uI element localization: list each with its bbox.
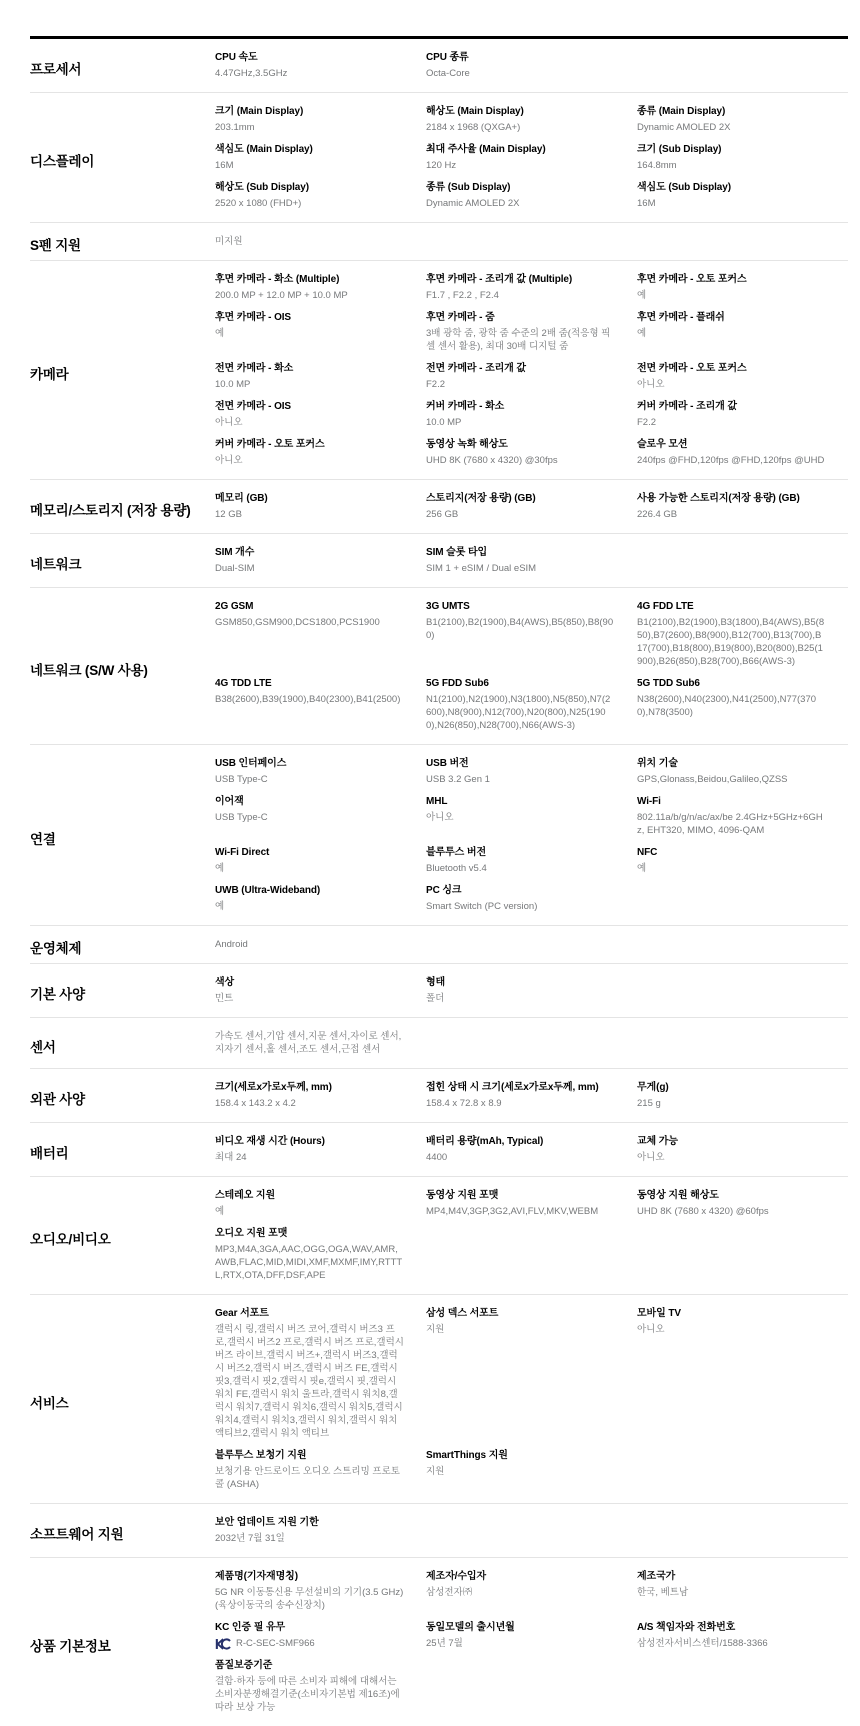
spec-row: 전면 카메라 - 화소10.0 MP전면 카메라 - 조리개 값F2.2전면 카…: [215, 362, 848, 400]
spec-label: 모바일 TV: [637, 1307, 826, 1320]
spec-value: 10.0 MP: [426, 416, 615, 429]
category-label: 카메라: [30, 365, 215, 385]
spec-row: 색심도 (Main Display)16M최대 주사율 (Main Displa…: [215, 143, 848, 181]
category-label: 서비스: [30, 1394, 215, 1414]
spec-label: 종류 (Sub Display): [426, 181, 615, 194]
spec-section-16: 상품 기본정보제품명(기자재명칭)5G NR 이동통신용 무선설비의 기기(3.…: [30, 1557, 848, 1726]
spec-label: 4G TDD LTE: [215, 677, 404, 690]
spec-section-6: 네트워크 (S/W 사용)2G GSMGSM850,GSM900,DCS1800…: [30, 587, 848, 744]
spec-row: UWB (Ultra-Wideband)예PC 싱크Smart Switch (…: [215, 884, 848, 922]
spec-value: 3배 광학 줌, 광학 줌 수준의 2배 줌(적응형 픽셀 센서 활용), 최대…: [426, 327, 615, 353]
spec-value: 지원: [426, 1323, 615, 1336]
spec-label: 크기 (Main Display): [215, 105, 404, 118]
spec-item: 스토리지(저장 용량) (GB)256 GB: [426, 492, 637, 521]
spec-label: 3G UMTS: [426, 600, 615, 613]
spec-item: 가속도 센서,기압 센서,지문 센서,자이로 센서,지자기 센서,홀 센서,조도…: [215, 1030, 426, 1056]
spec-label: 스토리지(저장 용량) (GB): [426, 492, 615, 505]
spec-value: 10.0 MP: [215, 378, 404, 391]
spec-value: 아니오: [215, 416, 404, 429]
spec-rows: CPU 속도4.47GHz,3.5GHzCPU 종류Octa-Core: [215, 51, 848, 89]
spec-label: 제조국가: [637, 1570, 826, 1583]
spec-value: 미지원: [215, 235, 404, 248]
spec-value: 예: [215, 900, 404, 913]
spec-value: UHD 8K (7680 x 4320) @30fps: [426, 454, 615, 467]
spec-label: Wi-Fi: [637, 795, 826, 808]
spec-item: UWB (Ultra-Wideband)예: [215, 884, 426, 913]
spec-rows: 크기(세로x가로x두께, mm)158.4 x 143.2 x 4.2접힌 상태…: [215, 1081, 848, 1119]
spec-value: MP4,M4V,3GP,3G2,AVI,FLV,MKV,WEBM: [426, 1205, 615, 1218]
spec-item: CPU 속도4.47GHz,3.5GHz: [215, 51, 426, 80]
spec-label: 후면 카메라 - 화소 (Multiple): [215, 273, 404, 286]
spec-value: 예: [215, 1205, 404, 1218]
spec-rows: USB 인터페이스USB Type-CUSB 버전USB 3.2 Gen 1위치…: [215, 757, 848, 922]
spec-row: 품질보증기준결함·하자 등에 따른 소비자 피해에 대해서는 소비자분쟁해결기준…: [215, 1659, 848, 1723]
spec-item: 스테레오 지원예: [215, 1189, 426, 1218]
spec-label: 최대 주사율 (Main Display): [426, 143, 615, 156]
spec-label: 교체 가능: [637, 1135, 826, 1148]
spec-item: 삼성 덱스 서포트지원: [426, 1307, 637, 1440]
spec-item: 종류 (Main Display)Dynamic AMOLED 2X: [637, 105, 848, 134]
spec-label: KC 인증 필 유무: [215, 1621, 404, 1634]
spec-label: 크기 (Sub Display): [637, 143, 826, 156]
spec-value: Dynamic AMOLED 2X: [426, 197, 615, 210]
spec-section-3: 카메라후면 카메라 - 화소 (Multiple)200.0 MP + 12.0…: [30, 260, 848, 479]
spec-label: CPU 종류: [426, 51, 615, 64]
spec-item: 해상도 (Sub Display)2520 x 1080 (FHD+): [215, 181, 426, 210]
spec-label: 제품명(기자재명칭): [215, 1570, 404, 1583]
spec-item: NFC예: [637, 846, 848, 875]
spec-label: 삼성 덱스 서포트: [426, 1307, 615, 1320]
spec-item: 후면 카메라 - 화소 (Multiple)200.0 MP + 12.0 MP…: [215, 273, 426, 302]
category-label: 외관 사양: [30, 1090, 215, 1110]
spec-value: B1(2100),B2(1900),B4(AWS),B5(850),B8(900…: [426, 616, 615, 642]
spec-section-1: 디스플레이크기 (Main Display)203.1mm해상도 (Main D…: [30, 92, 848, 222]
spec-label: 색심도 (Main Display): [215, 143, 404, 156]
spec-item: 전면 카메라 - 화소10.0 MP: [215, 362, 426, 391]
spec-section-15: 소프트웨어 지원보안 업데이트 지원 기한2032년 7월 31일: [30, 1503, 848, 1557]
spec-section-5: 네트워크SIM 개수Dual-SIMSIM 슬롯 타입SIM 1 + eSIM …: [30, 533, 848, 587]
spec-value: Octa-Core: [426, 67, 615, 80]
spec-item: A/S 책임자와 전화번호삼성전자서비스센터/1588-3366: [637, 1621, 848, 1650]
spec-item: 크기 (Main Display)203.1mm: [215, 105, 426, 134]
category-label: 배터리: [30, 1144, 215, 1164]
spec-label: USB 인터페이스: [215, 757, 404, 770]
spec-item: 블루투스 보청기 지원보청기용 안드로이드 오디오 스트리밍 프로토콜 (ASH…: [215, 1449, 426, 1491]
spec-item: 제조자/수입자삼성전자㈜: [426, 1570, 637, 1612]
spec-value: 한국, 베트남: [637, 1586, 826, 1599]
spec-value: GPS,Glonass,Beidou,Galileo,QZSS: [637, 773, 826, 786]
spec-item: 동일모델의 출시년월25년 7월: [426, 1621, 637, 1650]
spec-item: 미지원: [215, 235, 426, 248]
spec-item: 전면 카메라 - OIS아니오: [215, 400, 426, 429]
spec-section-8: 운영체제Android: [30, 925, 848, 963]
spec-label: 오디오 지원 포맷: [215, 1227, 404, 1240]
spec-value: 120 Hz: [426, 159, 615, 172]
spec-label: 블루투스 버전: [426, 846, 615, 859]
spec-value: 5G NR 이동통신용 무선설비의 기기(3.5 GHz)(육상이동국의 송수신…: [215, 1586, 404, 1612]
spec-row: 스테레오 지원예동영상 지원 포맷MP4,M4V,3GP,3G2,AVI,FLV…: [215, 1189, 848, 1227]
spec-value: UHD 8K (7680 x 4320) @60fps: [637, 1205, 826, 1218]
spec-label: 5G FDD Sub6: [426, 677, 615, 690]
spec-rows: 미지원: [215, 235, 848, 257]
spec-table: 프로세서CPU 속도4.47GHz,3.5GHzCPU 종류Octa-Core디…: [30, 36, 848, 1726]
category-label: 디스플레이: [30, 152, 215, 172]
spec-label: SmartThings 지원: [426, 1449, 615, 1462]
spec-label: 4G FDD LTE: [637, 600, 826, 613]
spec-label: 형태: [426, 976, 615, 989]
category-label: 오디오/비디오: [30, 1230, 215, 1250]
spec-value: USB 3.2 Gen 1: [426, 773, 615, 786]
category-label: 운영체제: [30, 939, 215, 959]
spec-label: 종류 (Main Display): [637, 105, 826, 118]
kc-certification-icon: [215, 1638, 231, 1650]
spec-row: 크기(세로x가로x두께, mm)158.4 x 143.2 x 4.2접힌 상태…: [215, 1081, 848, 1119]
spec-item: 위치 기술GPS,Glonass,Beidou,Galileo,QZSS: [637, 757, 848, 786]
spec-label: 후면 카메라 - 오토 포커스: [637, 273, 826, 286]
spec-value: 갤럭시 링,갤럭시 버즈 코어,갤럭시 버즈3 프로,갤럭시 버즈2 프로,갤럭…: [215, 1323, 404, 1440]
spec-item: 4G FDD LTEB1(2100),B2(1900),B3(1800),B4(…: [637, 600, 848, 668]
spec-item: 접힌 상태 시 크기(세로x가로x두께, mm)158.4 x 72.8 x 8…: [426, 1081, 637, 1110]
spec-value: F2.2: [637, 416, 826, 429]
spec-value: 2184 x 1968 (QXGA+): [426, 121, 615, 134]
spec-item: USB 버전USB 3.2 Gen 1: [426, 757, 637, 786]
category-label: 메모리/스토리지 (저장 용량): [30, 501, 215, 521]
spec-row: 해상도 (Sub Display)2520 x 1080 (FHD+)종류 (S…: [215, 181, 848, 219]
spec-label: 2G GSM: [215, 600, 404, 613]
spec-value: F1.7 , F2.2 , F2.4: [426, 289, 615, 302]
spec-item: 품질보증기준결함·하자 등에 따른 소비자 피해에 대해서는 소비자분쟁해결기준…: [215, 1659, 426, 1714]
spec-rows: 색상민트형태폴더: [215, 976, 848, 1014]
spec-label: 전면 카메라 - 오토 포커스: [637, 362, 826, 375]
spec-label: 보안 업데이트 지원 기한: [215, 1516, 404, 1529]
spec-item: 보안 업데이트 지원 기한2032년 7월 31일: [215, 1516, 426, 1545]
spec-item: PC 싱크Smart Switch (PC version): [426, 884, 637, 913]
spec-item: KC 인증 필 유무R-C-SEC-SMF966: [215, 1621, 426, 1650]
spec-row: Android: [215, 938, 848, 960]
spec-value: 예: [637, 862, 826, 875]
spec-value: 삼성전자㈜: [426, 1586, 615, 1599]
spec-value: 아니오: [637, 378, 826, 391]
spec-row: 전면 카메라 - OIS아니오커버 카메라 - 화소10.0 MP커버 카메라 …: [215, 400, 848, 438]
spec-value: 12 GB: [215, 508, 404, 521]
spec-value: USB Type-C: [215, 773, 404, 786]
spec-label: 커버 카메라 - 화소: [426, 400, 615, 413]
spec-label: 블루투스 보청기 지원: [215, 1449, 404, 1462]
spec-label: 전면 카메라 - 조리개 값: [426, 362, 615, 375]
spec-row: 4G TDD LTEB38(2600),B39(1900),B40(2300),…: [215, 677, 848, 741]
category-label: 연결: [30, 830, 215, 850]
spec-item: Android: [215, 938, 426, 951]
spec-item: 3G UMTSB1(2100),B2(1900),B4(AWS),B5(850)…: [426, 600, 637, 668]
spec-value: 결함·하자 등에 따른 소비자 피해에 대해서는 소비자분쟁해결기준(소비자기본…: [215, 1675, 404, 1714]
spec-item: 커버 카메라 - 오토 포커스아니오: [215, 438, 426, 467]
spec-item: 배터리 용량(mAh, Typical)4400: [426, 1135, 637, 1164]
spec-value: 200.0 MP + 12.0 MP + 10.0 MP: [215, 289, 404, 302]
spec-label: 해상도 (Sub Display): [215, 181, 404, 194]
spec-label: MHL: [426, 795, 615, 808]
spec-row: 미지원: [215, 235, 848, 257]
spec-item: 크기(세로x가로x두께, mm)158.4 x 143.2 x 4.2: [215, 1081, 426, 1110]
spec-label: 후면 카메라 - 줌: [426, 311, 615, 324]
spec-value: 폴더: [426, 992, 615, 1005]
spec-row: 보안 업데이트 지원 기한2032년 7월 31일: [215, 1516, 848, 1554]
spec-item: 종류 (Sub Display)Dynamic AMOLED 2X: [426, 181, 637, 210]
category-label: 센서: [30, 1038, 215, 1058]
spec-item: 4G TDD LTEB38(2600),B39(1900),B40(2300),…: [215, 677, 426, 732]
spec-item: Wi-Fi Direct예: [215, 846, 426, 875]
spec-value: 25년 7월: [426, 1637, 615, 1650]
spec-item: 커버 카메라 - 조리개 값F2.2: [637, 400, 848, 429]
spec-rows: 크기 (Main Display)203.1mm해상도 (Main Displa…: [215, 105, 848, 219]
spec-row: CPU 속도4.47GHz,3.5GHzCPU 종류Octa-Core: [215, 51, 848, 89]
spec-row: 후면 카메라 - 화소 (Multiple)200.0 MP + 12.0 MP…: [215, 273, 848, 311]
spec-item: 커버 카메라 - 화소10.0 MP: [426, 400, 637, 429]
spec-item: 크기 (Sub Display)164.8mm: [637, 143, 848, 172]
spec-row: 제품명(기자재명칭)5G NR 이동통신용 무선설비의 기기(3.5 GHz)(…: [215, 1570, 848, 1621]
spec-item: SIM 슬롯 타입SIM 1 + eSIM / Dual eSIM: [426, 546, 637, 575]
spec-item: 전면 카메라 - 조리개 값F2.2: [426, 362, 637, 391]
category-label: 기본 사양: [30, 985, 215, 1005]
spec-value: B38(2600),B39(1900),B40(2300),B41(2500): [215, 693, 404, 706]
spec-row: 이어잭USB Type-CMHL아니오Wi-Fi802.11a/b/g/n/ac…: [215, 795, 848, 846]
spec-value: 아니오: [637, 1151, 826, 1164]
spec-label: 무게(g): [637, 1081, 826, 1094]
spec-label: PC 싱크: [426, 884, 615, 897]
category-label: 프로세서: [30, 60, 215, 80]
spec-row: 커버 카메라 - 오토 포커스아니오동영상 녹화 해상도UHD 8K (7680…: [215, 438, 848, 476]
spec-value: Smart Switch (PC version): [426, 900, 615, 913]
spec-value: 아니오: [215, 454, 404, 467]
spec-item: 색심도 (Main Display)16M: [215, 143, 426, 172]
spec-label: 색심도 (Sub Display): [637, 181, 826, 194]
spec-value: 2032년 7월 31일: [215, 1532, 404, 1545]
spec-label: 슬로우 모션: [637, 438, 826, 451]
spec-value: 삼성전자서비스센터/1588-3366: [637, 1637, 826, 1650]
spec-rows: 2G GSMGSM850,GSM900,DCS1800,PCS19003G UM…: [215, 600, 848, 741]
spec-value: N38(2600),N40(2300),N41(2500),N77(3700),…: [637, 693, 826, 719]
spec-value: 240fps @FHD,120fps @FHD,120fps @UHD: [637, 454, 826, 467]
spec-value: R-C-SEC-SMF966: [215, 1637, 404, 1650]
spec-section-13: 오디오/비디오스테레오 지원예동영상 지원 포맷MP4,M4V,3GP,3G2,…: [30, 1176, 848, 1294]
spec-label: 후면 카메라 - OIS: [215, 311, 404, 324]
spec-item: USB 인터페이스USB Type-C: [215, 757, 426, 786]
spec-rows: 보안 업데이트 지원 기한2032년 7월 31일: [215, 1516, 848, 1554]
spec-value: 보청기용 안드로이드 오디오 스트리밍 프로토콜 (ASHA): [215, 1465, 404, 1491]
spec-rows: 제품명(기자재명칭)5G NR 이동통신용 무선설비의 기기(3.5 GHz)(…: [215, 1570, 848, 1723]
spec-label: 이어잭: [215, 795, 404, 808]
spec-item: 5G TDD Sub6N38(2600),N40(2300),N41(2500)…: [637, 677, 848, 732]
spec-item: 메모리 (GB)12 GB: [215, 492, 426, 521]
spec-label: UWB (Ultra-Wideband): [215, 884, 404, 897]
spec-label: SIM 개수: [215, 546, 404, 559]
spec-value: 158.4 x 72.8 x 8.9: [426, 1097, 615, 1110]
spec-label: A/S 책임자와 전화번호: [637, 1621, 826, 1634]
spec-value: Dual-SIM: [215, 562, 404, 575]
spec-value: 16M: [637, 197, 826, 210]
spec-value: 164.8mm: [637, 159, 826, 172]
spec-item: 이어잭USB Type-C: [215, 795, 426, 837]
spec-value: SIM 1 + eSIM / Dual eSIM: [426, 562, 615, 575]
spec-value: 215 g: [637, 1097, 826, 1110]
spec-rows: 후면 카메라 - 화소 (Multiple)200.0 MP + 12.0 MP…: [215, 273, 848, 476]
spec-value: 802.11a/b/g/n/ac/ax/be 2.4GHz+5GHz+6GHz,…: [637, 811, 826, 837]
spec-label: 5G TDD Sub6: [637, 677, 826, 690]
spec-value: 민트: [215, 992, 404, 1005]
spec-item: 오디오 지원 포맷MP3,M4A,3GA,AAC,OGG,OGA,WAV,AMR…: [215, 1227, 426, 1282]
spec-value: 예: [215, 862, 404, 875]
category-label: 상품 기본정보: [30, 1637, 215, 1657]
spec-value: 2520 x 1080 (FHD+): [215, 197, 404, 210]
spec-item: 무게(g)215 g: [637, 1081, 848, 1110]
spec-item: CPU 종류Octa-Core: [426, 51, 637, 80]
spec-row: KC 인증 필 유무R-C-SEC-SMF966동일모델의 출시년월25년 7월…: [215, 1621, 848, 1659]
spec-label: 전면 카메라 - 화소: [215, 362, 404, 375]
spec-label: 품질보증기준: [215, 1659, 404, 1672]
spec-value: 158.4 x 143.2 x 4.2: [215, 1097, 404, 1110]
spec-item: 동영상 녹화 해상도UHD 8K (7680 x 4320) @30fps: [426, 438, 637, 467]
spec-row: 크기 (Main Display)203.1mm해상도 (Main Displa…: [215, 105, 848, 143]
spec-item: 2G GSMGSM850,GSM900,DCS1800,PCS1900: [215, 600, 426, 668]
spec-item: 동영상 지원 해상도UHD 8K (7680 x 4320) @60fps: [637, 1189, 848, 1218]
spec-item: 후면 카메라 - OIS예: [215, 311, 426, 353]
spec-value: 256 GB: [426, 508, 615, 521]
spec-rows: 비디오 재생 시간 (Hours)최대 24배터리 용량(mAh, Typica…: [215, 1135, 848, 1173]
spec-item: 해상도 (Main Display)2184 x 1968 (QXGA+): [426, 105, 637, 134]
spec-rows: 메모리 (GB)12 GB스토리지(저장 용량) (GB)256 GB사용 가능…: [215, 492, 848, 530]
spec-item: 후면 카메라 - 오토 포커스예: [637, 273, 848, 302]
spec-label: 사용 가능한 스토리지(저장 용량) (GB): [637, 492, 826, 505]
spec-value: 203.1mm: [215, 121, 404, 134]
spec-value: 16M: [215, 159, 404, 172]
spec-value: 최대 24: [215, 1151, 404, 1164]
category-label: 네트워크: [30, 555, 215, 575]
spec-label: 크기(세로x가로x두께, mm): [215, 1081, 404, 1094]
spec-item: 교체 가능아니오: [637, 1135, 848, 1164]
spec-row: Wi-Fi Direct예블루투스 버전Bluetooth v5.4NFC예: [215, 846, 848, 884]
spec-value: 예: [637, 327, 826, 340]
spec-label: 커버 카메라 - 조리개 값: [637, 400, 826, 413]
spec-item: SIM 개수Dual-SIM: [215, 546, 426, 575]
spec-row: 후면 카메라 - OIS예후면 카메라 - 줌3배 광학 줌, 광학 줌 수준의…: [215, 311, 848, 362]
category-label: S펜 지원: [30, 236, 215, 256]
spec-section-2: S펜 지원미지원: [30, 222, 848, 260]
spec-label: 위치 기술: [637, 757, 826, 770]
spec-row: 오디오 지원 포맷MP3,M4A,3GA,AAC,OGG,OGA,WAV,AMR…: [215, 1227, 848, 1291]
category-label: 네트워크 (S/W 사용): [30, 661, 215, 681]
spec-section-14: 서비스Gear 서포트갤럭시 링,갤럭시 버즈 코어,갤럭시 버즈3 프로,갤럭…: [30, 1294, 848, 1503]
spec-row: 2G GSMGSM850,GSM900,DCS1800,PCS19003G UM…: [215, 600, 848, 677]
spec-row: USB 인터페이스USB Type-CUSB 버전USB 3.2 Gen 1위치…: [215, 757, 848, 795]
spec-row: 가속도 센서,기압 센서,지문 센서,자이로 센서,지자기 센서,홀 센서,조도…: [215, 1030, 848, 1065]
spec-label: 전면 카메라 - OIS: [215, 400, 404, 413]
spec-item: 후면 카메라 - 줌3배 광학 줌, 광학 줌 수준의 2배 줌(적응형 픽셀 …: [426, 311, 637, 353]
spec-label: 동영상 녹화 해상도: [426, 438, 615, 451]
spec-label: 비디오 재생 시간 (Hours): [215, 1135, 404, 1148]
spec-label: 스테레오 지원: [215, 1189, 404, 1202]
spec-label: 제조자/수입자: [426, 1570, 615, 1583]
spec-item: 후면 카메라 - 조리개 값 (Multiple)F1.7 , F2.2 , F…: [426, 273, 637, 302]
spec-row: 블루투스 보청기 지원보청기용 안드로이드 오디오 스트리밍 프로토콜 (ASH…: [215, 1449, 848, 1500]
spec-rows: Android: [215, 938, 848, 960]
spec-value: B1(2100),B2(1900),B3(1800),B4(AWS),B5(85…: [637, 616, 826, 668]
spec-row: SIM 개수Dual-SIMSIM 슬롯 타입SIM 1 + eSIM / Du…: [215, 546, 848, 584]
spec-section-9: 기본 사양색상민트형태폴더: [30, 963, 848, 1017]
spec-item: 모바일 TV아니오: [637, 1307, 848, 1440]
spec-rows: 가속도 센서,기압 센서,지문 센서,자이로 센서,지자기 센서,홀 센서,조도…: [215, 1030, 848, 1065]
spec-section-7: 연결USB 인터페이스USB Type-CUSB 버전USB 3.2 Gen 1…: [30, 744, 848, 925]
spec-value: GSM850,GSM900,DCS1800,PCS1900: [215, 616, 404, 629]
spec-value: 4.47GHz,3.5GHz: [215, 67, 404, 80]
spec-label: 동일모델의 출시년월: [426, 1621, 615, 1634]
spec-row: 색상민트형태폴더: [215, 976, 848, 1014]
spec-item: Gear 서포트갤럭시 링,갤럭시 버즈 코어,갤럭시 버즈3 프로,갤럭시 버…: [215, 1307, 426, 1440]
spec-item: 사용 가능한 스토리지(저장 용량) (GB)226.4 GB: [637, 492, 848, 521]
spec-label: 커버 카메라 - 오토 포커스: [215, 438, 404, 451]
spec-rows: Gear 서포트갤럭시 링,갤럭시 버즈 코어,갤럭시 버즈3 프로,갤럭시 버…: [215, 1307, 848, 1500]
spec-item: 슬로우 모션240fps @FHD,120fps @FHD,120fps @UH…: [637, 438, 848, 467]
spec-item: 형태폴더: [426, 976, 637, 1005]
spec-rows: 스테레오 지원예동영상 지원 포맷MP4,M4V,3GP,3G2,AVI,FLV…: [215, 1189, 848, 1291]
spec-value: 예: [215, 327, 404, 340]
spec-value: USB Type-C: [215, 811, 404, 824]
product-spec-page: 프로세서CPU 속도4.47GHz,3.5GHzCPU 종류Octa-Core디…: [0, 0, 860, 1726]
spec-label: 후면 카메라 - 조리개 값 (Multiple): [426, 273, 615, 286]
spec-item: 제조국가한국, 베트남: [637, 1570, 848, 1612]
spec-item: 5G FDD Sub6N1(2100),N2(1900),N3(1800),N5…: [426, 677, 637, 732]
spec-label: 동영상 지원 해상도: [637, 1189, 826, 1202]
spec-label: 후면 카메라 - 플래쉬: [637, 311, 826, 324]
spec-label: 해상도 (Main Display): [426, 105, 615, 118]
spec-value: N1(2100),N2(1900),N3(1800),N5(850),N7(26…: [426, 693, 615, 732]
spec-item: SmartThings 지원지원: [426, 1449, 637, 1491]
spec-value: 4400: [426, 1151, 615, 1164]
spec-item: 비디오 재생 시간 (Hours)최대 24: [215, 1135, 426, 1164]
spec-value: 아니오: [637, 1323, 826, 1336]
spec-item: 색심도 (Sub Display)16M: [637, 181, 848, 210]
spec-item: 후면 카메라 - 플래쉬예: [637, 311, 848, 353]
spec-row: 비디오 재생 시간 (Hours)최대 24배터리 용량(mAh, Typica…: [215, 1135, 848, 1173]
spec-value: Android: [215, 938, 404, 951]
kc-certification-number: R-C-SEC-SMF966: [236, 1637, 315, 1650]
spec-label: CPU 속도: [215, 51, 404, 64]
spec-value: 지원: [426, 1465, 615, 1478]
spec-label: SIM 슬롯 타입: [426, 546, 615, 559]
spec-value: Dynamic AMOLED 2X: [637, 121, 826, 134]
spec-label: Wi-Fi Direct: [215, 846, 404, 859]
spec-value: F2.2: [426, 378, 615, 391]
spec-row: 메모리 (GB)12 GB스토리지(저장 용량) (GB)256 GB사용 가능…: [215, 492, 848, 530]
spec-section-11: 외관 사양크기(세로x가로x두께, mm)158.4 x 143.2 x 4.2…: [30, 1068, 848, 1122]
spec-item: 제품명(기자재명칭)5G NR 이동통신용 무선설비의 기기(3.5 GHz)(…: [215, 1570, 426, 1612]
spec-label: NFC: [637, 846, 826, 859]
spec-label: Gear 서포트: [215, 1307, 404, 1320]
spec-label: 배터리 용량(mAh, Typical): [426, 1135, 615, 1148]
category-label: 소프트웨어 지원: [30, 1525, 215, 1545]
spec-section-12: 배터리비디오 재생 시간 (Hours)최대 24배터리 용량(mAh, Typ…: [30, 1122, 848, 1176]
spec-label: 접힌 상태 시 크기(세로x가로x두께, mm): [426, 1081, 615, 1094]
spec-label: 동영상 지원 포맷: [426, 1189, 615, 1202]
spec-item: 블루투스 버전Bluetooth v5.4: [426, 846, 637, 875]
spec-value: 가속도 센서,기압 센서,지문 센서,자이로 센서,지자기 센서,홀 센서,조도…: [215, 1030, 404, 1056]
spec-item: 최대 주사율 (Main Display)120 Hz: [426, 143, 637, 172]
spec-section-0: 프로세서CPU 속도4.47GHz,3.5GHzCPU 종류Octa-Core: [30, 36, 848, 92]
spec-item: 전면 카메라 - 오토 포커스아니오: [637, 362, 848, 391]
spec-section-4: 메모리/스토리지 (저장 용량)메모리 (GB)12 GB스토리지(저장 용량)…: [30, 479, 848, 533]
spec-item: Wi-Fi802.11a/b/g/n/ac/ax/be 2.4GHz+5GHz+…: [637, 795, 848, 837]
spec-item: 색상민트: [215, 976, 426, 1005]
spec-value: 아니오: [426, 811, 615, 824]
spec-row: Gear 서포트갤럭시 링,갤럭시 버즈 코어,갤럭시 버즈3 프로,갤럭시 버…: [215, 1307, 848, 1449]
